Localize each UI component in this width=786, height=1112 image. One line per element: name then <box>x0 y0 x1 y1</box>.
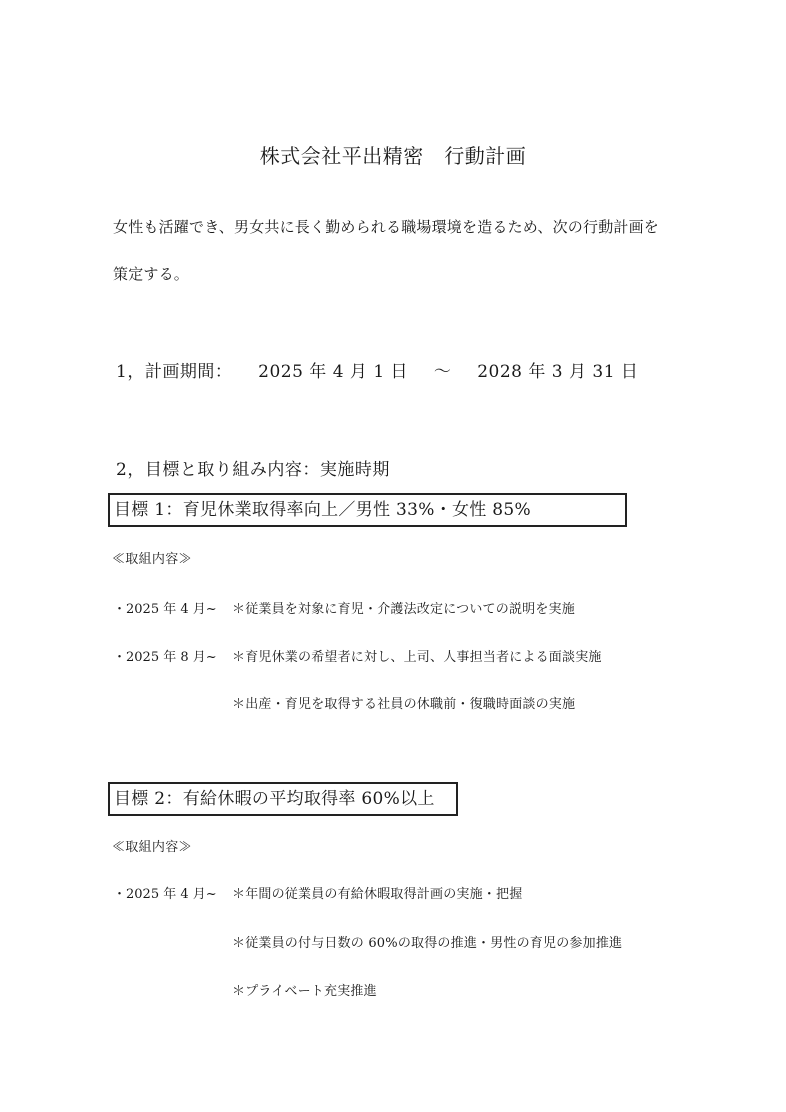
plan-period-start: 2025 年 4 月 1 日 <box>258 362 408 382</box>
goal-2-item-1-text: ＊年間の従業員の有給休暇取得計画の実施・把握 <box>232 883 522 902</box>
intro-line-1: 女性も活躍でき、男女共に長く勤められる職場環境を造るため、次の行動計画を <box>113 216 659 237</box>
goal-1-box: 目標 1：育児休業取得率向上／男性 33%・女性 85% <box>108 493 627 527</box>
goal-2-box: 目標 2：有給休暇の平均取得率 60%以上 <box>108 782 458 816</box>
goal-1-item-2-date: ・2025 年 8 月~ <box>113 646 217 665</box>
intro-line-2: 策定する。 <box>113 263 189 284</box>
goal-1-item-1-date: ・2025 年 4 月~ <box>113 598 217 617</box>
goal-2-item-3-text: ＊プライベート充実推進 <box>232 980 377 999</box>
goals-section-heading: 2，目標と取り組み内容：実施時期 <box>116 455 390 480</box>
goal-2-item-1-date: ・2025 年 4 月~ <box>113 883 217 902</box>
plan-period-separator: 〜 <box>434 362 452 382</box>
goal-2-subheading: ≪取組内容≫ <box>112 836 192 855</box>
document-title: 株式会社平出精密 行動計画 <box>0 140 786 169</box>
goal-2-item-2-text: ＊従業員の付与日数の 60%の取得の推進・男性の育児の参加推進 <box>232 932 622 951</box>
goal-1-item-1-text: ＊従業員を対象に育児・介護法改定についての説明を実施 <box>232 598 575 617</box>
goal-1-subheading: ≪取組内容≫ <box>112 548 192 567</box>
goal-1-item-2-text: ＊育児休業の希望者に対し、上司、人事担当者による面談実施 <box>232 646 602 665</box>
plan-period-label: 1，計画期間： <box>116 362 232 382</box>
plan-period-end: 2028 年 3 月 31 日 <box>477 362 638 382</box>
plan-period: 1，計画期間： 2025 年 4 月 1 日 〜 2028 年 3 月 31 日 <box>116 357 638 382</box>
goal-1-item-3-text: ＊出産・育児を取得する社員の休職前・復職時面談の実施 <box>232 693 575 712</box>
